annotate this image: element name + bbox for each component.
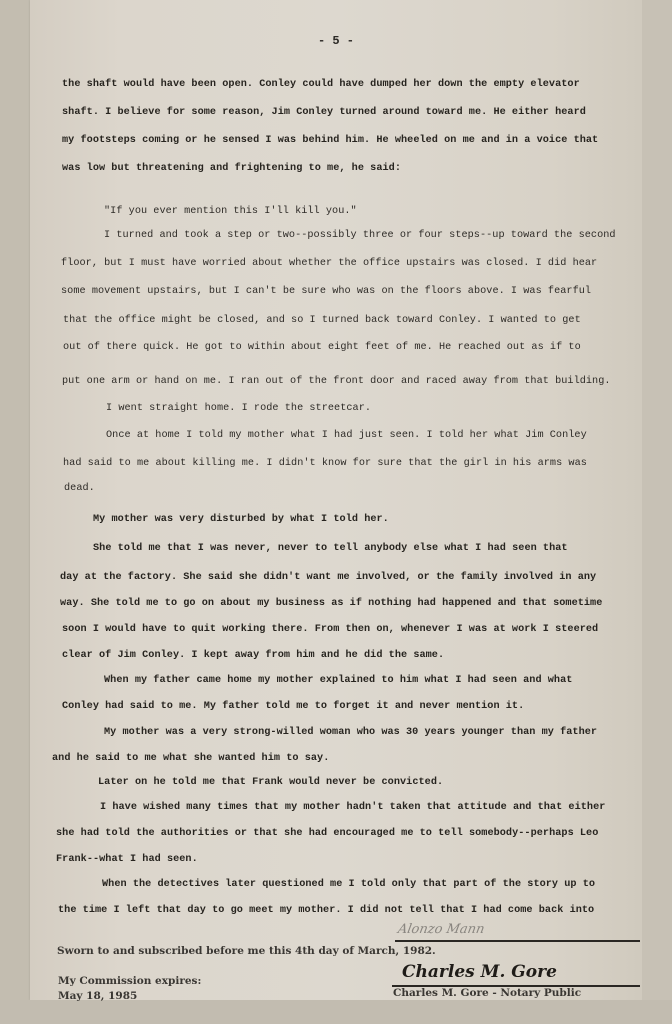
text-line: My mother was very disturbed by what I t… bbox=[93, 514, 389, 525]
signature-line bbox=[395, 940, 640, 942]
affiant-signature: Alonzo Mann bbox=[397, 922, 486, 937]
text-line: put one arm or hand on me. I ran out of … bbox=[62, 376, 611, 387]
text-line: I turned and took a step or two--possibl… bbox=[104, 230, 616, 241]
notary-name: Charles M. Gore - Notary Public bbox=[393, 987, 581, 999]
text-line: soon I would have to quit working there.… bbox=[62, 624, 598, 635]
text-line: Later on he told me that Frank would nev… bbox=[98, 777, 443, 788]
text-line: my footsteps coming or he sensed I was b… bbox=[62, 135, 598, 146]
text-line: floor, but I must have worried about whe… bbox=[61, 258, 597, 269]
text-line: some movement upstairs, but I can't be s… bbox=[61, 286, 591, 297]
text-line: out of there quick. He got to within abo… bbox=[63, 342, 581, 353]
text-line: the shaft would have been open. Conley c… bbox=[62, 79, 580, 90]
text-line: Frank--what I had seen. bbox=[56, 854, 198, 865]
text-line: I have wished many times that my mother … bbox=[100, 802, 605, 813]
text-line: clear of Jim Conley. I kept away from hi… bbox=[62, 650, 444, 661]
page-number: - 5 - bbox=[0, 34, 672, 48]
sworn-statement: Sworn to and subscribed before me this 4… bbox=[57, 945, 436, 957]
background-strip bbox=[0, 1000, 672, 1024]
text-line: she had told the authorities or that she… bbox=[56, 828, 598, 839]
text-line: "If you ever mention this I'll kill you.… bbox=[104, 206, 357, 217]
commission-date: May 18, 1985 bbox=[58, 990, 137, 1002]
text-line: dead. bbox=[64, 483, 95, 494]
page-edge bbox=[642, 0, 672, 1024]
commission-label: My Commission expires: bbox=[58, 975, 201, 987]
text-line: My mother was a very strong-willed woman… bbox=[104, 727, 597, 738]
text-line: Once at home I told my mother what I had… bbox=[106, 430, 587, 441]
text-line: and he said to me what she wanted him to… bbox=[52, 753, 329, 764]
document-page bbox=[30, 0, 642, 1000]
text-line: Conley had said to me. My father told me… bbox=[62, 701, 524, 712]
text-line: I went straight home. I rode the streetc… bbox=[106, 403, 371, 414]
text-line: When my father came home my mother expla… bbox=[104, 675, 572, 686]
text-line: the time I left that day to go meet my m… bbox=[58, 905, 594, 916]
text-line: When the detectives later questioned me … bbox=[102, 879, 595, 890]
notary-signature: Charles M. Gore bbox=[402, 962, 557, 982]
text-line: had said to me about killing me. I didn'… bbox=[63, 458, 587, 469]
text-line: day at the factory. She said she didn't … bbox=[60, 572, 596, 583]
text-line: that the office might be closed, and so … bbox=[63, 315, 581, 326]
text-line: way. She told me to go on about my busin… bbox=[60, 598, 602, 609]
text-line: was low but threatening and frightening … bbox=[62, 163, 401, 174]
text-line: shaft. I believe for some reason, Jim Co… bbox=[62, 107, 586, 118]
text-line: She told me that I was never, never to t… bbox=[93, 543, 568, 554]
